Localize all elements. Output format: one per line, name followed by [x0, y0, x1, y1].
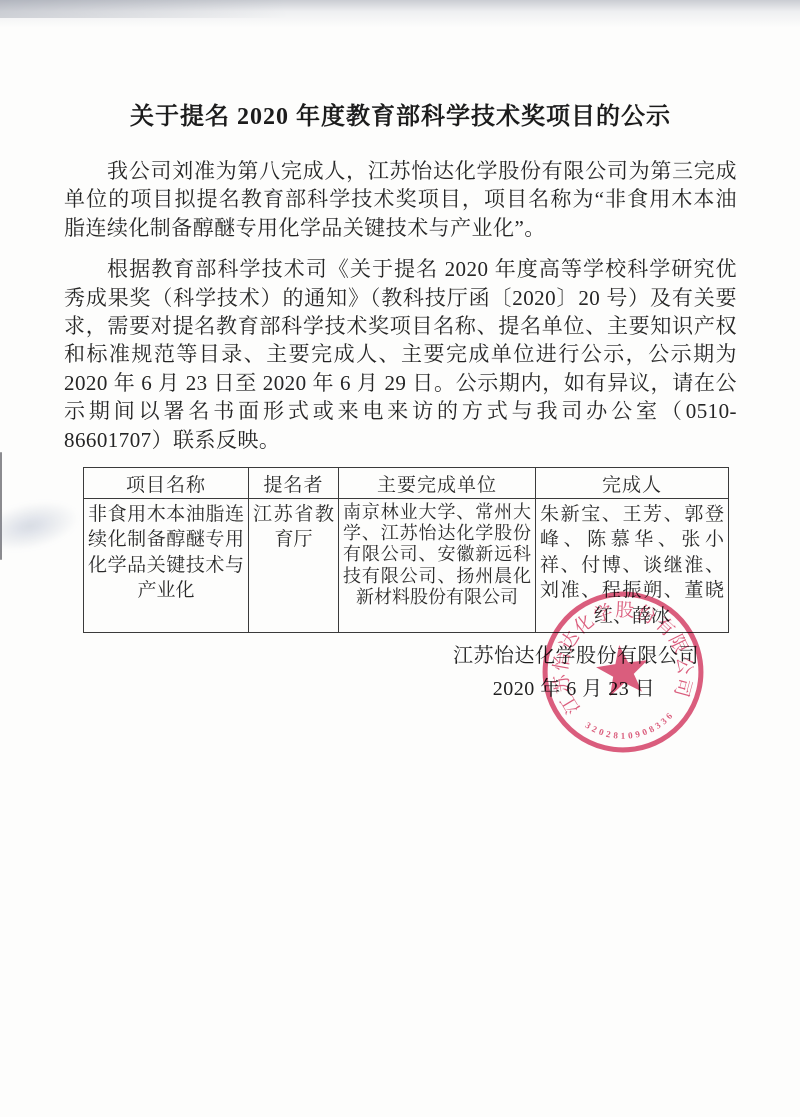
paragraph-2: 根据教育部科学技术司《关于提名 2020 年度高等学校科学研究优秀成果奖（科学技…	[64, 255, 737, 454]
table-header-nominator: 提名者	[249, 468, 339, 499]
table-header-completing-units: 主要完成单位	[339, 468, 536, 499]
announcement-table: 项目名称 提名者 主要完成单位 完成人 非食用木本油脂连续化制备醇醚专用化学品关…	[83, 467, 729, 633]
signature-date: 2020 年 6 月 23 日	[453, 678, 695, 701]
seal-serial-holder: 3202810908336	[583, 708, 679, 747]
document-body: 关于提名 2020 年度教育部科学技术奖项目的公示 我公司刘准为第八完成人，江苏…	[64, 101, 737, 633]
cell-nominator: 江苏省教育厅	[249, 499, 339, 633]
cell-completers: 朱新宝、王芳、郭登峰、陈慕华、张小祥、付博、谈继淮、刘准、程振朔、董晓红、薛冰	[536, 499, 729, 633]
paragraph-1: 我公司刘准为第八完成人，江苏怡达化学股份有限公司为第三完成单位的项目拟提名教育部…	[64, 157, 737, 242]
table-header-row: 项目名称 提名者 主要完成单位 完成人	[84, 468, 729, 499]
page-title: 关于提名 2020 年度教育部科学技术奖项目的公示	[64, 101, 737, 134]
table-row: 非食用木本油脂连续化制备醇醚专用化学品关键技术与产业化 江苏省教育厅 南京林业大…	[84, 499, 729, 633]
signature-block: 江苏怡达化学股份有限公司 2020 年 6 月 23 日	[453, 645, 695, 701]
table-header-project-name: 项目名称	[84, 468, 249, 499]
cell-completing-units: 南京林业大学、常州大学、江苏怡达化学股份有限公司、安徽新远科技有限公司、扬州晨化…	[339, 499, 536, 633]
scan-shadow-top	[0, 0, 800, 30]
cell-project-name: 非食用木本油脂连续化制备醇醚专用化学品关键技术与产业化	[84, 499, 249, 633]
seal-serial-number: 3202810908336	[583, 708, 679, 747]
table-header-completers: 完成人	[536, 468, 729, 499]
signature-company: 江苏怡达化学股份有限公司	[453, 645, 695, 668]
scanned-document-page: 关于提名 2020 年度教育部科学技术奖项目的公示 我公司刘准为第八完成人，江苏…	[0, 0, 800, 1117]
